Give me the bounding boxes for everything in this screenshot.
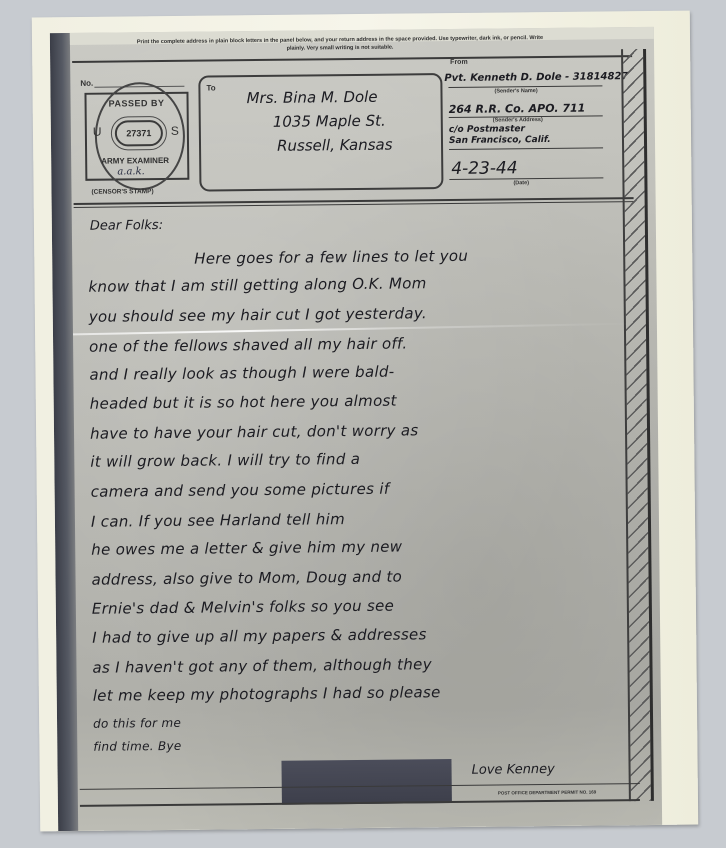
recipient-city: Russell, Kansas: [277, 136, 393, 155]
censor-stamp-label: (CENSOR'S STAMP): [91, 188, 153, 196]
letter-line: I can. If you see Harland tell him: [91, 510, 345, 531]
letter-line: find time. Bye: [93, 739, 181, 754]
hatched-margin: [621, 49, 654, 801]
to-label: To: [206, 83, 215, 92]
form-instructions: Print the complete address in plain bloc…: [130, 34, 550, 54]
letter-line: know that I am still getting along O.K. …: [88, 274, 426, 296]
letter-date: 4-23-44: [451, 158, 518, 179]
sender-name-label: (Sender's Name): [494, 88, 537, 94]
letter-line: you should see my hair cut I got yesterd…: [89, 304, 427, 326]
stamp-passed-by: PASSED BY: [109, 98, 165, 109]
stamp-letter-u: U: [93, 125, 102, 139]
vmail-form: Print the complete address in plain bloc…: [50, 27, 662, 831]
recipient-street: 1035 Maple St.: [273, 112, 386, 131]
letter-line: Here goes for a few lines to let you: [194, 247, 468, 268]
letter-line: let me keep my photographs I had so plea…: [93, 683, 441, 705]
letter-line: Ernie's dad & Melvin's folks so you see: [92, 597, 394, 618]
letter-line: have to have your hair cut, don't worry …: [90, 421, 419, 442]
letter-signature: Love Kenney: [472, 762, 555, 778]
letter-line: address, also give to Mom, Doug and to: [91, 568, 402, 589]
sender-city: San Francisco, Calif.: [449, 135, 551, 146]
letter-line: I had to give up all my papers & address…: [92, 625, 427, 647]
sender-postmaster: c/o Postmaster: [449, 124, 525, 135]
stamp-initials: a.a.k.: [117, 166, 145, 177]
from-label: From: [450, 59, 468, 66]
letter-line: camera and send you some pictures if: [91, 480, 390, 501]
letter-line: it will grow back. I will try to find a: [90, 450, 360, 471]
stamp-letter-s: S: [171, 124, 179, 138]
recipient-name: Mrs. Bina M. Dole: [246, 88, 377, 107]
number-label: No.: [80, 79, 93, 88]
sender-name: Pvt. Kenneth D. Dole - 31814827: [444, 71, 628, 84]
sender-city-line: [449, 147, 603, 150]
letter-line: as I haven't got any of them, although t…: [92, 655, 432, 677]
letter-line: do this for me: [93, 716, 181, 731]
letter-line: and I really look as though I were bald-: [89, 363, 394, 384]
letter-salutation: Dear Folks:: [90, 218, 163, 234]
sender-address-label: (Sender's Address): [493, 117, 543, 124]
sender-unit: 264 R.R. Co. APO. 711: [449, 102, 586, 116]
letter-line: headed but it is so hot here you almost: [90, 392, 397, 413]
letter-line: one of the fellows shaved all my hair of…: [89, 334, 407, 355]
stamp-army-examiner: ARMY EXAMINER: [101, 156, 169, 166]
header-rule-top: [72, 55, 632, 63]
redaction-block: [281, 759, 451, 805]
letter-line: he owes me a letter & give him my new: [91, 538, 402, 559]
date-label: (Date): [513, 180, 529, 186]
stamp-number: 27371: [115, 120, 163, 147]
footer-permit: POST OFFICE DEPARTMENT PERMIT NO. 169: [498, 790, 596, 796]
